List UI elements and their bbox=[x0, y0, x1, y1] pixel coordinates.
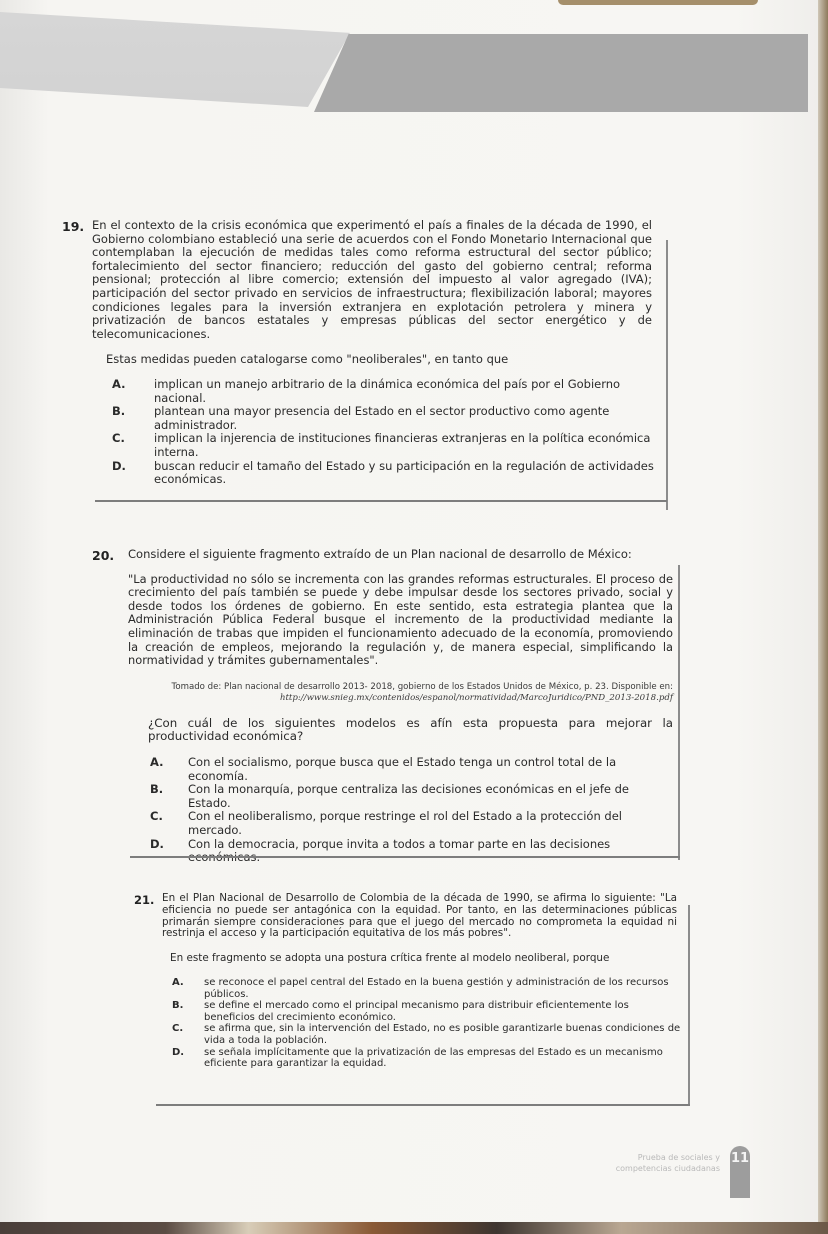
option-text: implican un manejo arbitrario de la diná… bbox=[154, 377, 620, 405]
options-list: A.Con el socialismo, porque busca que el… bbox=[150, 756, 650, 865]
scan-edge-right bbox=[818, 0, 828, 1234]
option-label: A. bbox=[172, 977, 184, 989]
option-text: se reconoce el papel central del Estado … bbox=[204, 977, 669, 1000]
option-a[interactable]: A.Con el socialismo, porque busca que el… bbox=[150, 756, 650, 783]
option-text: buscan reducir el tamaño del Estado y su… bbox=[154, 459, 654, 487]
question-stem: Considere el siguiente fragmento extraíd… bbox=[128, 548, 673, 562]
quote-block: "La productividad no sólo se incrementa … bbox=[128, 573, 673, 668]
question-stem: En el Plan Nacional de Desarrollo de Col… bbox=[162, 893, 677, 940]
frame-bottom-border bbox=[95, 500, 667, 502]
footer-line-1: Prueba de sociales y bbox=[616, 1152, 720, 1163]
option-label: D. bbox=[150, 838, 164, 852]
option-label: B. bbox=[112, 405, 125, 419]
option-label: D. bbox=[112, 460, 126, 474]
option-c[interactable]: C.implican la injerencia de institucione… bbox=[112, 432, 657, 459]
option-label: C. bbox=[172, 1023, 183, 1035]
header-band-right bbox=[314, 34, 808, 112]
frame-right-border bbox=[688, 905, 690, 1105]
option-label: C. bbox=[112, 432, 125, 446]
document-page: 19. En el contexto de la crisis económic… bbox=[0, 0, 818, 1222]
option-b[interactable]: B.se define el mercado como el principal… bbox=[172, 1000, 682, 1023]
header-band-left bbox=[0, 12, 350, 107]
option-text: implican la injerencia de instituciones … bbox=[154, 431, 650, 459]
question-number: 19. bbox=[62, 219, 84, 234]
footer-section-title: Prueba de sociales y competencias ciudad… bbox=[616, 1152, 720, 1174]
option-label: A. bbox=[112, 378, 125, 392]
options-list: A.se reconoce el papel central del Estad… bbox=[172, 977, 682, 1070]
citation: Tomado de: Plan nacional de desarrollo 2… bbox=[128, 682, 673, 704]
question-21: En el Plan Nacional de Desarrollo de Col… bbox=[162, 893, 677, 1070]
scan-edge-top bbox=[558, 0, 758, 5]
question-prompt: En este fragmento se adopta una postura … bbox=[170, 953, 677, 965]
options-list: A.implican un manejo arbitrario de la di… bbox=[112, 378, 657, 487]
option-a[interactable]: A.se reconoce el papel central del Estad… bbox=[172, 977, 682, 1000]
footer-line-2: competencias ciudadanas bbox=[616, 1163, 720, 1174]
option-label: B. bbox=[172, 1000, 183, 1012]
option-label: A. bbox=[150, 756, 163, 770]
option-a[interactable]: A.implican un manejo arbitrario de la di… bbox=[112, 378, 657, 405]
citation-text: Tomado de: Plan nacional de desarrollo 2… bbox=[128, 682, 673, 693]
option-b[interactable]: B.Con la monarquía, porque centraliza la… bbox=[150, 783, 650, 810]
option-text: Con la monarquía, porque centraliza las … bbox=[188, 782, 629, 810]
question-stem: En el contexto de la crisis económica qu… bbox=[92, 219, 652, 341]
page-number-tab: 11 bbox=[730, 1146, 750, 1198]
question-19: En el contexto de la crisis económica qu… bbox=[92, 219, 652, 487]
option-c[interactable]: C.se afirma que, sin la intervención del… bbox=[172, 1023, 682, 1046]
citation-url[interactable]: http://www.snieg.mx/contenidos/espanol/n… bbox=[128, 693, 673, 704]
option-text: se define el mercado como el principal m… bbox=[204, 1000, 629, 1023]
question-number: 20. bbox=[92, 548, 114, 563]
frame-bottom-border bbox=[130, 856, 680, 858]
frame-right-border bbox=[666, 240, 668, 510]
option-text: se afirma que, sin la intervención del E… bbox=[204, 1023, 680, 1046]
scan-edge-bottom bbox=[0, 1222, 828, 1234]
option-c[interactable]: C.Con el neoliberalismo, porque restring… bbox=[150, 810, 650, 837]
option-text: se señala implícitamente que la privatiz… bbox=[204, 1047, 663, 1070]
option-d[interactable]: D.Con la democracia, porque invita a tod… bbox=[150, 838, 650, 865]
option-b[interactable]: B.plantean una mayor presencia del Estad… bbox=[112, 405, 657, 432]
option-text: Con el neoliberalismo, porque restringe … bbox=[188, 809, 622, 837]
option-text: Con el socialismo, porque busca que el E… bbox=[188, 755, 616, 783]
option-text: Con la democracia, porque invita a todos… bbox=[188, 837, 610, 865]
frame-right-border bbox=[678, 565, 680, 860]
option-d[interactable]: D.se señala implícitamente que la privat… bbox=[172, 1047, 682, 1070]
frame-bottom-border bbox=[156, 1104, 690, 1106]
option-label: B. bbox=[150, 783, 163, 797]
question-20: Considere el siguiente fragmento extraíd… bbox=[128, 548, 673, 865]
option-text: plantean una mayor presencia del Estado … bbox=[154, 404, 609, 432]
question-prompt: ¿Con cuál de los siguientes modelos es a… bbox=[148, 717, 673, 744]
question-number: 21. bbox=[134, 893, 154, 907]
question-prompt: Estas medidas pueden catalogarse como "n… bbox=[106, 353, 652, 367]
option-label: D. bbox=[172, 1047, 184, 1059]
option-d[interactable]: D.buscan reducir el tamaño del Estado y … bbox=[112, 460, 657, 487]
option-label: C. bbox=[150, 810, 163, 824]
